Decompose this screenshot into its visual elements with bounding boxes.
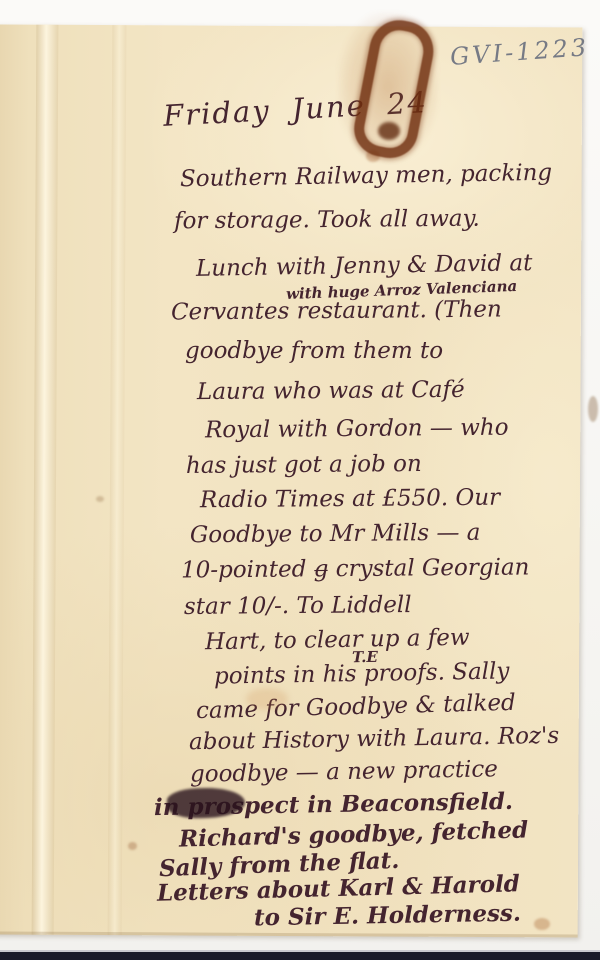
- manuscript-line: goodbye from them to: [185, 340, 443, 363]
- manuscript-line: star 10/-. To Liddell: [184, 594, 412, 619]
- scanner-edge-strip: [0, 952, 600, 960]
- manuscript-line: Radio Times at £550. Our: [200, 487, 500, 513]
- manuscript-line: to Sir E. Holderness.: [254, 902, 521, 930]
- scanner-edge-line: [0, 950, 600, 952]
- manuscript-line: for storage. Took all away.: [174, 208, 480, 234]
- paper-fold-crease: [32, 25, 59, 935]
- manuscript-line: points in his proofs. Sally: [214, 660, 510, 688]
- manuscript-line: goodbye — a new practice: [190, 758, 498, 786]
- manuscript-line: Goodbye to Mr Mills — a: [190, 522, 481, 548]
- paper-fold-crease-faint: [108, 25, 127, 935]
- manuscript-line: Royal with Gordon — who: [205, 417, 509, 443]
- rust-stain-blob: [378, 122, 400, 140]
- manuscript-line: Lunch with Jenny & David at: [196, 252, 533, 281]
- manuscript-line: Hart, to clear up a few: [205, 627, 470, 655]
- manuscript-line: Laura who was at Café: [197, 379, 465, 404]
- manuscript-line: Cervantes restaurant. (Then: [171, 299, 502, 325]
- manuscript-line: 10-pointed g̶ crystal Georgian: [181, 556, 530, 582]
- manuscript-line: has just got a job on: [186, 453, 422, 478]
